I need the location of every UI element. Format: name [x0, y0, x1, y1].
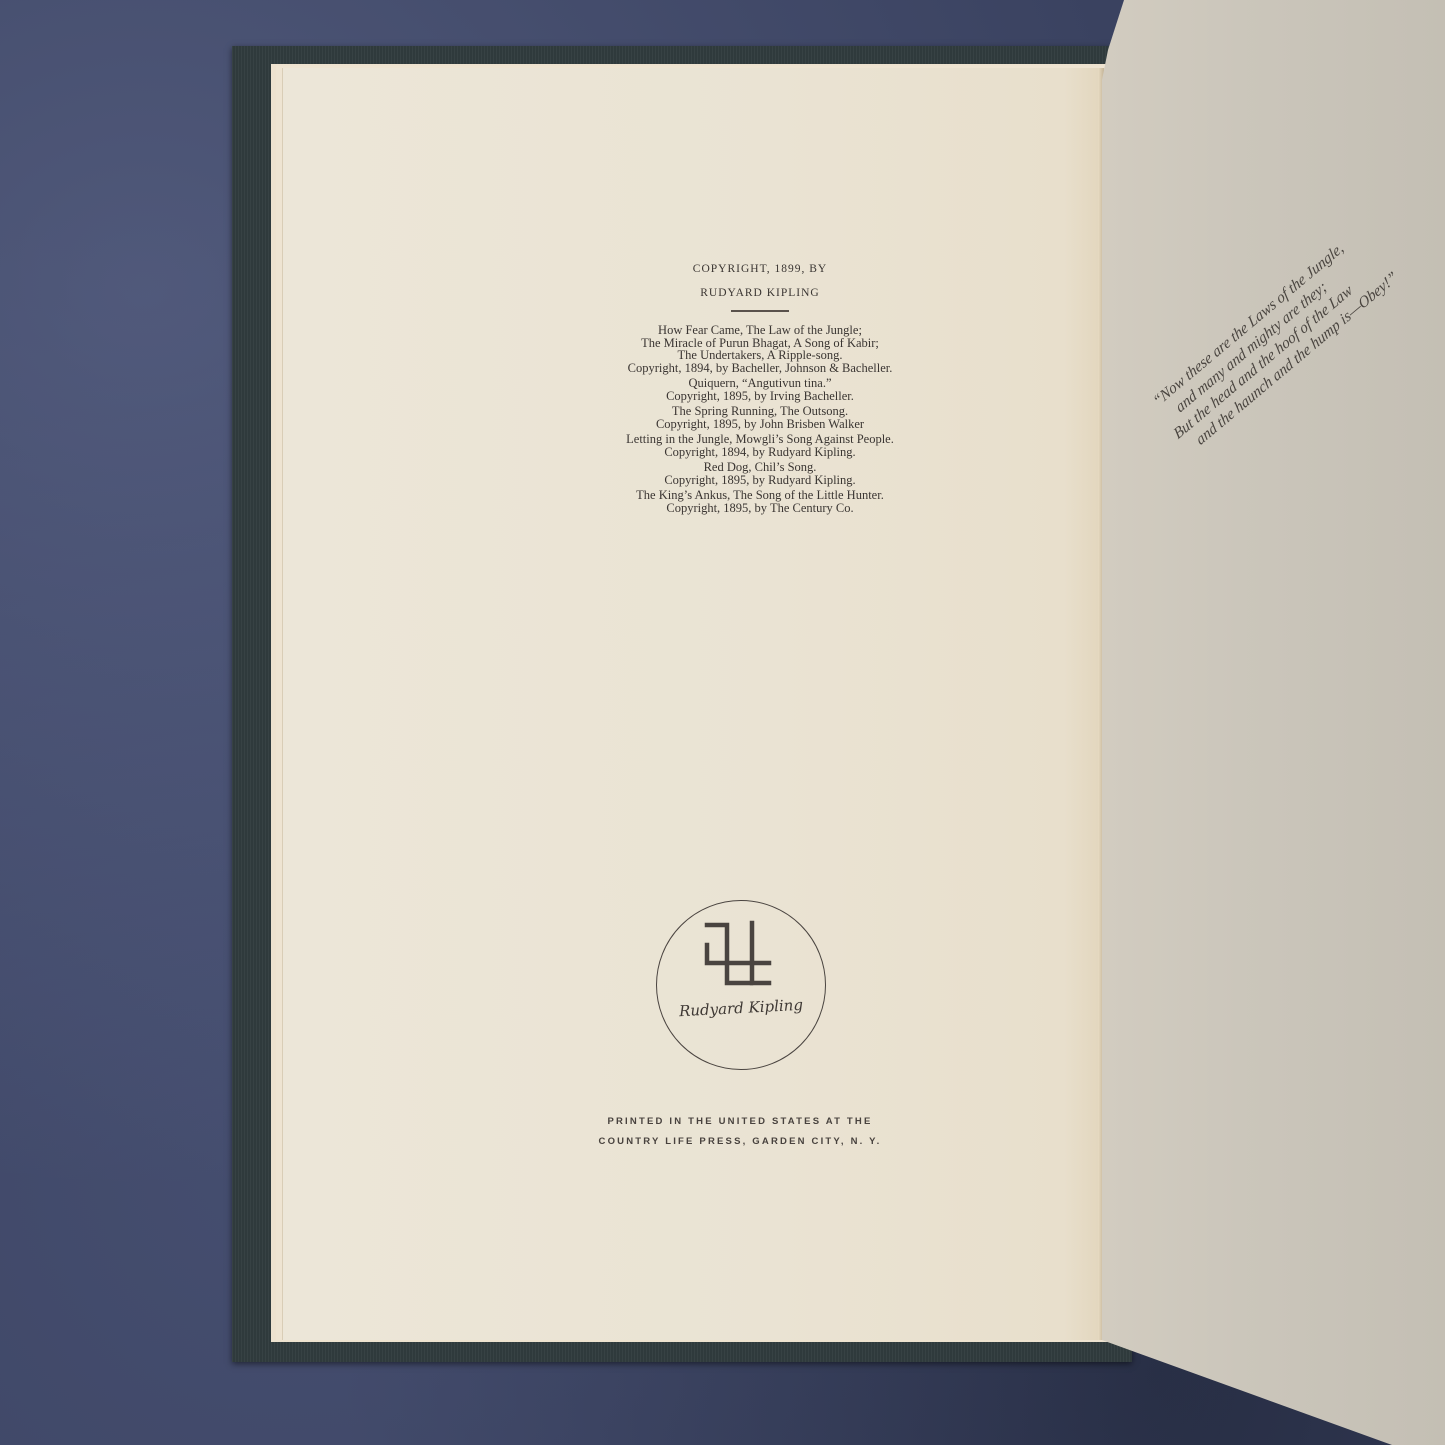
imprint-line: COUNTRY LIFE PRESS, GARDEN CITY, N. Y.: [560, 1132, 920, 1152]
credit-title: The King’s Ankus, The Song of the Little…: [540, 489, 980, 502]
printer-imprint: PRINTED IN THE UNITED STATES AT THE COUN…: [560, 1112, 920, 1152]
credit-entry: The King’s Ankus, The Song of the Little…: [540, 489, 980, 514]
credit-entry: The Spring Running, The Outsong. Copyrig…: [540, 405, 980, 430]
credit-title: The Undertakers, A Ripple-song.: [540, 349, 980, 362]
credit-title: Letting in the Jungle, Mowgli’s Song Aga…: [540, 433, 980, 446]
credit-entry: Red Dog, Chil’s Song. Copyright, 1895, b…: [540, 461, 980, 486]
swastika-emblem-icon: [657, 901, 825, 1069]
author-name: RUDYARD KIPLING: [540, 286, 980, 300]
credit-entry: Letting in the Jungle, Mowgli’s Song Aga…: [540, 433, 980, 458]
credits-list: How Fear Came, The Law of the Jungle; Th…: [540, 324, 980, 514]
credit-title: Red Dog, Chil’s Song.: [540, 461, 980, 474]
credit-title: Quiquern, “Angutivun tina.”: [540, 377, 980, 390]
imprint-line: PRINTED IN THE UNITED STATES AT THE: [560, 1112, 920, 1132]
credit-entry: Quiquern, “Angutivun tina.” Copyright, 1…: [540, 377, 980, 402]
credit-copyright: Copyright, 1895, by Irving Bacheller.: [540, 390, 980, 403]
credit-title: How Fear Came, The Law of the Jungle;: [540, 324, 980, 337]
copyright-block: COPYRIGHT, 1899, BY RUDYARD KIPLING How …: [540, 262, 980, 517]
credit-copyright: Copyright, 1894, by Bacheller, Johnson &…: [540, 362, 980, 375]
credit-copyright: Copyright, 1894, by Rudyard Kipling.: [540, 446, 980, 459]
copyright-heading: COPYRIGHT, 1899, BY: [540, 262, 980, 276]
divider-rule: [731, 310, 789, 312]
kipling-seal: Rudyard Kipling: [656, 900, 826, 1070]
credit-copyright: Copyright, 1895, by The Century Co.: [540, 502, 980, 515]
credit-copyright: Copyright, 1895, by John Brisben Walker: [540, 418, 980, 431]
credit-entry: How Fear Came, The Law of the Jungle; Th…: [540, 324, 980, 374]
right-page: [1102, 0, 1445, 1445]
credit-copyright: Copyright, 1895, by Rudyard Kipling.: [540, 474, 980, 487]
credit-title: The Spring Running, The Outsong.: [540, 405, 980, 418]
